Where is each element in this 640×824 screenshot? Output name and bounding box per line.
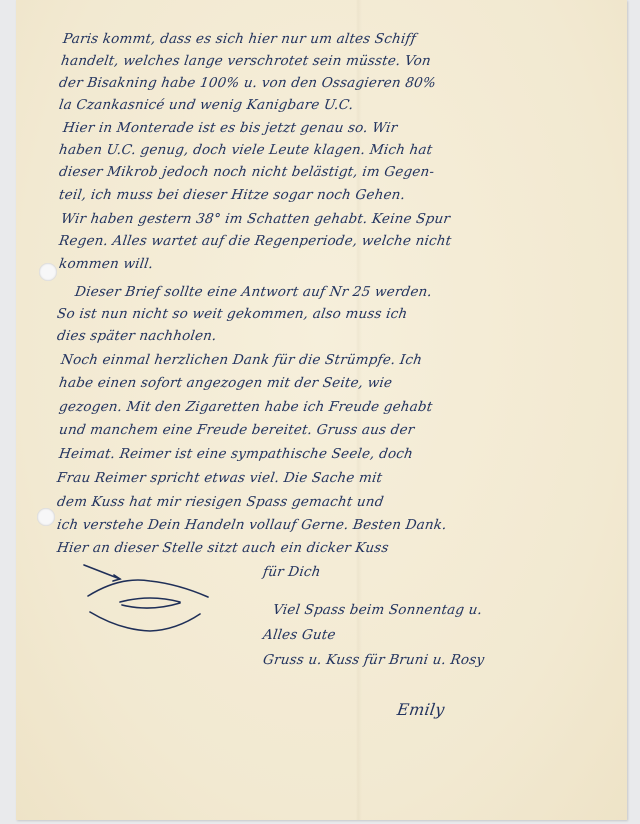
- signature: Emily: [396, 700, 446, 719]
- letter-line: haben U.C. genug, doch viele Leute klage…: [58, 142, 433, 158]
- letter-line: der Bisakning habe 100% u. von den Ossag…: [58, 75, 437, 91]
- letter-line: Paris kommt, dass es sich hier nur um al…: [62, 31, 417, 47]
- letter-line: und manchem eine Freude bereitet. Gruss …: [58, 422, 416, 438]
- letter-line: dem Kuss hat mir riesigen Spass gemacht …: [56, 494, 385, 510]
- letter-line: Dieser Brief sollte eine Antwort auf Nr …: [74, 284, 433, 300]
- letter-line: für Dich: [262, 564, 322, 580]
- closing-line: Gruss u. Kuss für Bruni u. Rosy: [262, 652, 485, 668]
- letter-line: dies später nachholen.: [56, 328, 218, 344]
- letter-line: dieser Mikrob jedoch noch nicht belästig…: [58, 164, 435, 180]
- letter-line: handelt, welches lange verschrotet sein …: [60, 53, 432, 69]
- closing-line: Alles Gute: [262, 627, 337, 643]
- letter-line: Hier an dieser Stelle sitzt auch ein dic…: [56, 540, 390, 556]
- letter-line: habe einen sofort angezogen mit der Seit…: [58, 375, 393, 391]
- letter-line: Heimat. Reimer ist eine sympathische See…: [58, 446, 414, 462]
- letter-line: Hier in Monterade ist es bis jetzt genau…: [62, 120, 398, 136]
- punch-hole-lower: [37, 508, 55, 526]
- letter-line: Frau Reimer spricht etwas viel. Die Sach…: [56, 470, 383, 486]
- letter-line: Wir haben gestern 38° im Schatten gehabt…: [60, 211, 451, 227]
- kiss-lips-sketch-icon: [80, 562, 220, 637]
- letter-line: ich verstehe Dein Handeln vollauf Gerne.…: [56, 517, 448, 533]
- letter-line: la Czankasnicé und wenig Kanigbare U.C.: [58, 97, 354, 113]
- letter-line: gezogen. Mit den Zigaretten habe ich Fre…: [58, 399, 434, 415]
- letter-line: Regen. Alles wartet auf die Regenperiode…: [58, 233, 452, 249]
- letter-line: kommen will.: [58, 256, 154, 272]
- letter-line: So ist nun nicht so weit gekommen, also …: [56, 306, 409, 322]
- letter-line: teil, ich muss bei dieser Hitze sogar no…: [58, 187, 406, 203]
- closing-line: Viel Spass beim Sonnentag u.: [272, 602, 483, 618]
- letter-line: Noch einmal herzlichen Dank für die Strü…: [60, 352, 423, 368]
- punch-hole-upper: [39, 263, 57, 281]
